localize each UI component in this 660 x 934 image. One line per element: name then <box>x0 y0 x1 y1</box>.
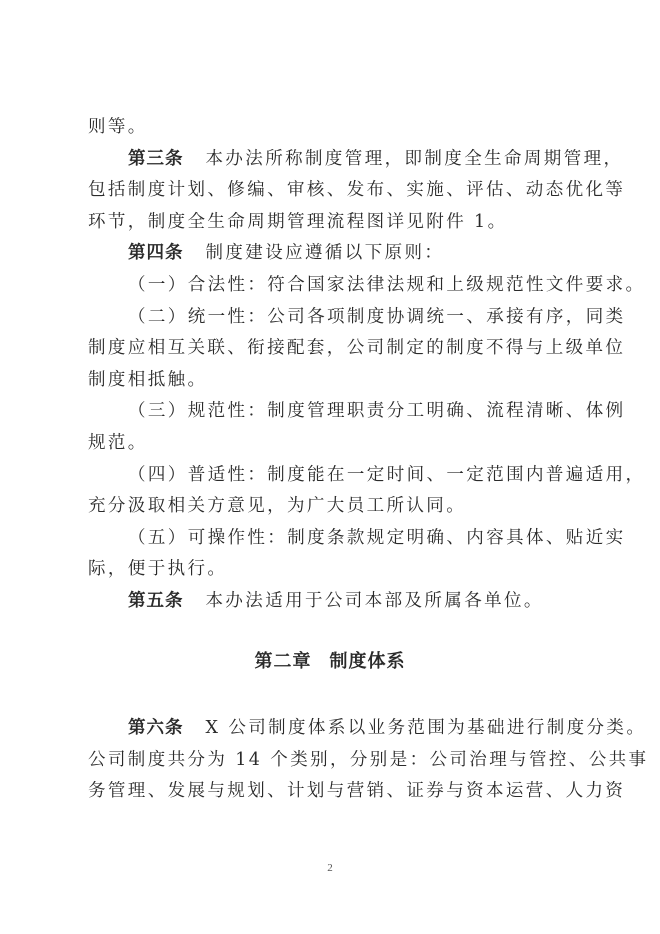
article-label: 第五条 <box>128 591 184 611</box>
paragraph-line: 则等。 <box>88 112 572 144</box>
principle-universality: （四）普适性：制度能在一定时间、一定范围内普遍适用， <box>88 460 572 492</box>
paragraph-line: 制度相抵触。 <box>88 365 572 397</box>
article-text: 本办法适用于公司本部及所属各单位。 <box>206 591 544 611</box>
article-label: 第六条 <box>128 718 184 738</box>
principle-legality: （一）合法性：符合国家法律法规和上级规范性文件要求。 <box>88 270 572 302</box>
principle-operability: （五）可操作性：制度条款规定明确、内容具体、贴近实 <box>88 523 572 555</box>
article-label: 第四条 <box>128 243 184 263</box>
paragraph-line: 际，便于执行。 <box>88 554 572 586</box>
chapter-heading: 第二章制度体系 <box>88 646 572 678</box>
article-3-line: 第三条本办法所称制度管理，即制度全生命周期管理， <box>88 144 572 176</box>
principle-unity: （二）统一性：公司各项制度协调统一、承接有序，同类 <box>88 302 572 334</box>
article-6-line: 第六条X 公司制度体系以业务范围为基础进行制度分类。 <box>88 713 572 745</box>
paragraph-line: 规范。 <box>88 428 572 460</box>
paragraph-line: 充分汲取相关方意见，为广大员工所认同。 <box>88 491 572 523</box>
document-page: 则等。 第三条本办法所称制度管理，即制度全生命周期管理， 包括制度计划、修编、审… <box>88 112 572 808</box>
paragraph-line: 公司制度共分为 14 个类别，分别是：公司治理与管控、公共事 <box>88 745 572 777</box>
page-number: 2 <box>0 862 660 874</box>
article-5-line: 第五条本办法适用于公司本部及所属各单位。 <box>88 586 572 618</box>
article-label: 第三条 <box>128 149 184 169</box>
paragraph-line: 包括制度计划、修编、审核、发布、实施、评估、动态优化等 <box>88 175 572 207</box>
article-text: X 公司制度体系以业务范围为基础进行制度分类。 <box>206 718 647 738</box>
article-4-line: 第四条制度建设应遵循以下原则： <box>88 238 572 270</box>
principle-standardization: （三）规范性：制度管理职责分工明确、流程清晰、体例 <box>88 396 572 428</box>
paragraph-line: 环节，制度全生命周期管理流程图详见附件 1。 <box>88 207 572 239</box>
chapter-title: 制度体系 <box>330 651 406 672</box>
chapter-number: 第二章 <box>255 651 312 672</box>
article-text: 制度建设应遵循以下原则： <box>206 243 445 263</box>
article-text: 本办法所称制度管理，即制度全生命周期管理， <box>206 149 624 169</box>
paragraph-line: 务管理、发展与规划、计划与营销、证券与资本运营、人力资 <box>88 776 572 808</box>
paragraph-line: 制度应相互关联、衔接配套，公司制定的制度不得与上级单位 <box>88 333 572 365</box>
